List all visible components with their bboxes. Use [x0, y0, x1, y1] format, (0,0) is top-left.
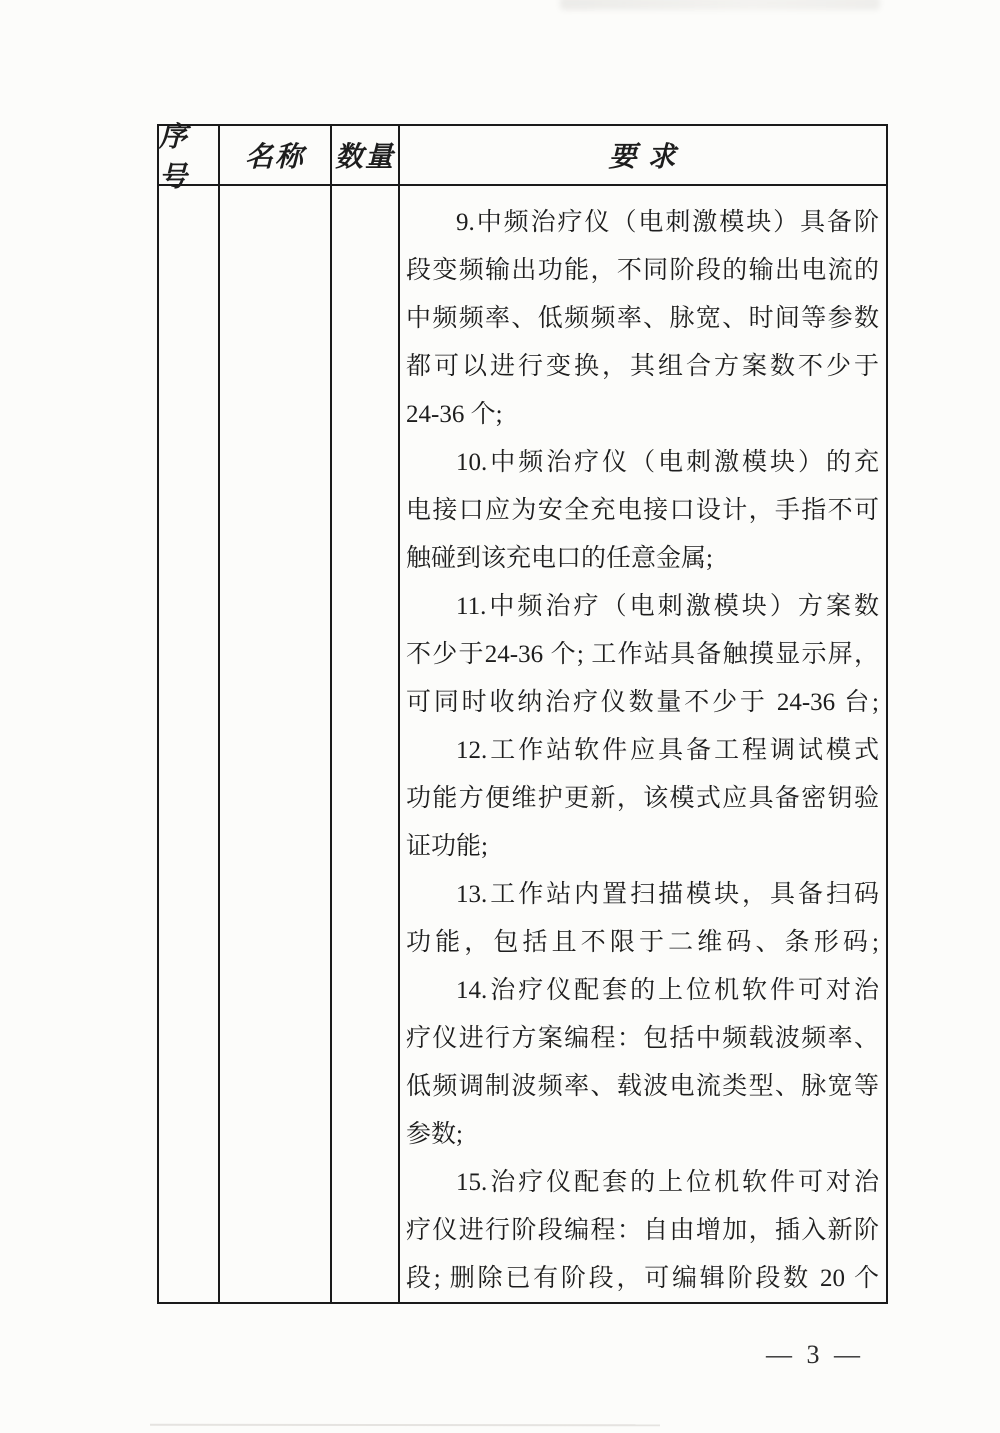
requirement-line: 触碰到该充电口的任意金属; [406, 535, 879, 583]
requirement-line: 疗仪进行阶段编程：自由增加，插入新阶 [406, 1207, 879, 1255]
document-page: 序号 名称 数量 要 求 9.中频治疗仪（电刺激模块）具备阶段变频输出功能，不同… [0, 0, 1000, 1433]
requirement-line: 中频频率、低频频率、脉宽、时间等参数 [406, 295, 879, 343]
requirement-line: 功能方便维护更新，该模式应具备密钥验 [406, 775, 879, 823]
header-name: 名称 [220, 126, 332, 186]
requirement-line: 12.工作站软件应具备工程调试模式 [406, 727, 879, 775]
requirement-line: 9.中频治疗仪（电刺激模块）具备阶 [406, 199, 879, 247]
requirement-line: 段; 删除已有阶段，可编辑阶段数 20 个 [406, 1255, 879, 1302]
requirements-cell: 9.中频治疗仪（电刺激模块）具备阶段变频输出功能，不同阶段的输出电流的中频频率、… [400, 186, 886, 1302]
requirement-line: 可同时收纳治疗仪数量不少于 24-36 台; [406, 679, 879, 727]
requirement-line: 14.治疗仪配套的上位机软件可对治 [406, 967, 879, 1015]
cell-serial [159, 186, 220, 1302]
scan-artifact-top [560, 0, 880, 10]
page-number: — 3 — [766, 1340, 864, 1370]
requirement-line: 低频调制波频率、载波电流类型、脉宽等 [406, 1063, 879, 1111]
scan-artifact-bottom [150, 1424, 660, 1426]
header-requirements: 要 求 [400, 126, 886, 186]
cell-quantity [332, 186, 400, 1302]
requirements-table: 序号 名称 数量 要 求 9.中频治疗仪（电刺激模块）具备阶段变频输出功能，不同… [157, 124, 888, 1304]
header-quantity: 数量 [332, 126, 400, 186]
header-serial: 序号 [159, 126, 220, 186]
requirement-line: 15.治疗仪配套的上位机软件可对治 [406, 1159, 879, 1207]
requirement-line: 10.中频治疗仪（电刺激模块）的充 [406, 439, 879, 487]
requirement-line: 24-36 个; [406, 391, 879, 439]
requirement-line: 参数; [406, 1111, 879, 1159]
cell-name [220, 186, 332, 1302]
requirement-line: 电接口应为安全充电接口设计，手指不可 [406, 487, 879, 535]
requirement-line: 11.中频治疗（电刺激模块）方案数 [406, 583, 879, 631]
requirement-line: 段变频输出功能，不同阶段的输出电流的 [406, 247, 879, 295]
requirement-line: 都可以进行变换，其组合方案数不少于 [406, 343, 879, 391]
requirement-line: 疗仪进行方案编程：包括中频载波频率、 [406, 1015, 879, 1063]
requirement-line: 证功能; [406, 823, 879, 871]
requirement-line: 13.工作站内置扫描模块，具备扫码 [406, 871, 879, 919]
requirement-line: 不少于24-36 个; 工作站具备触摸显示屏， [406, 631, 879, 679]
requirement-line: 功能，包括且不限于二维码、条形码; [406, 919, 879, 967]
